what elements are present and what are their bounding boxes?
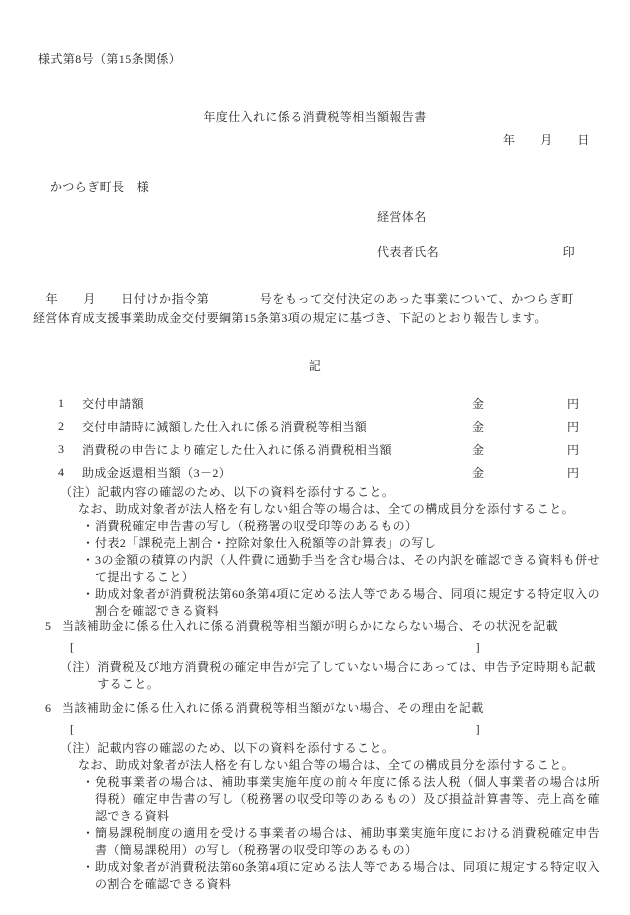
bullet-text: 助成対象者が消費税法第60条第4項に定める法人等である場合は、同項に規定する特定… xyxy=(95,859,600,893)
bullet-icon: ・ xyxy=(82,535,95,552)
amount-prefix: 金 xyxy=(472,395,567,412)
amount-suffix: 円 xyxy=(567,441,579,458)
item-6: 6 当該補助金に係る仕入れに係る消費税等相当額がない場合、その理由を記載 [ ]… xyxy=(0,700,630,893)
note-line: （注） 消費税及び地方消費税の確定申告が完了していない場合にあっては、申告予定時… xyxy=(0,659,630,693)
item-line: 6 当該補助金に係る仕入れに係る消費税等相当額がない場合、その理由を記載 xyxy=(0,700,630,717)
attachment-bullet: ・ 免税事業者の場合は、補助事業実施年度の前々年度に係る法人税（個人事業者の場合… xyxy=(0,774,630,825)
note-block-item6: （注） 記載内容の確認のため、以下の資料を添付すること。 なお、助成対象者が法人… xyxy=(0,740,630,893)
attachment-bullet: ・ 3の金額の積算の内訳（人件費に通勤手当を含む場合は、その内訳を確認できる資料… xyxy=(0,552,630,586)
note-text: 記載内容の確認のため、以下の資料を添付すること。 xyxy=(97,740,600,757)
representative-line: 代表者氏名 印 xyxy=(377,244,575,261)
bullet-text: 消費税確定申告書の写し（税務署の収受印等のあるもの） xyxy=(95,518,600,535)
attachment-bullet: ・ 助成対象者が消費税法第60条第4項に定める法人等である場合、同項に規定する特… xyxy=(0,586,630,620)
bracket-close: ] xyxy=(476,639,480,656)
note-subtext: なお、助成対象者が法人格を有しない組合等の場合は、全ての構成員分を添付すること。 xyxy=(0,757,630,774)
amount-suffix: 円 xyxy=(567,395,579,412)
bullet-text: 助成対象者が消費税法第60条第4項に定める法人等である場合、同項に規定する特定収… xyxy=(95,586,600,620)
item-number: 6 xyxy=(45,700,62,717)
note-block-item4: （注） 記載内容の確認のため、以下の資料を添付すること。 なお、助成対象者が法人… xyxy=(0,484,630,620)
bullet-text: 免税事業者の場合は、補助事業実施年度の前々年度に係る法人税（個人事業者の場合は所… xyxy=(95,774,600,825)
amount-row: 3 消費税の申告により確定した仕入れに係る消費税相当額 金 円 xyxy=(0,438,630,461)
attachment-bullet: ・ 助成対象者が消費税法第60条第4項に定める法人等である場合は、同項に規定する… xyxy=(0,859,630,893)
bullet-icon: ・ xyxy=(82,859,95,893)
note-label: （注） xyxy=(60,659,97,693)
bullet-icon: ・ xyxy=(82,518,95,535)
item-label: 交付申請時に減額した仕入れに係る消費税等相当額 xyxy=(82,418,472,435)
item-label: 交付申請額 xyxy=(82,395,472,412)
bracket-open: [ xyxy=(70,639,74,656)
note-text: 記載内容の確認のため、以下の資料を添付すること。 xyxy=(97,484,600,501)
note-label: （注） xyxy=(60,484,97,501)
amount-suffix: 円 xyxy=(567,418,579,435)
bullet-icon: ・ xyxy=(82,552,95,586)
amount-prefix: 金 xyxy=(472,464,567,481)
bullet-icon: ・ xyxy=(82,774,95,825)
addressee: かつらぎ町長 様 xyxy=(50,179,149,196)
document-page: { "document": { "form_number": "様式第8号（第1… xyxy=(0,0,630,915)
item-number: 5 xyxy=(45,618,62,635)
bullet-text: 3の金額の積算の内訳（人件費に通勤手当を含む場合は、その内訳を確認できる資料も併… xyxy=(95,552,600,586)
bullet-text: 付表2「課税売上割合・控除対象仕入税額等の計算表」の写し xyxy=(95,535,600,552)
note-line: （注） 記載内容の確認のため、以下の資料を添付すること。 xyxy=(0,740,630,757)
lower-section: 5 当該補助金に係る仕入れに係る消費税等相当額が明らかにならない場合、その状況を… xyxy=(0,618,630,893)
entity-name-label: 経営体名 xyxy=(377,209,427,226)
item-label: 消費税の申告により確定した仕入れに係る消費税相当額 xyxy=(82,441,472,458)
note-block-item5: （注） 消費税及び地方消費税の確定申告が完了していない場合にあっては、申告予定時… xyxy=(0,659,630,693)
amount-prefix: 金 xyxy=(472,418,567,435)
intro-paragraph: 年 月 日付けか指令第 号をもって交付決定のあった事業について、かつらぎ町経営体… xyxy=(33,290,574,327)
page-title: 年度仕入れに係る消費税等相当額報告書 xyxy=(0,109,630,126)
item-label: 当該補助金に係る仕入れに係る消費税等相当額が明らかにならない場合、その状況を記載 xyxy=(62,618,605,635)
item-label: 当該補助金に係る仕入れに係る消費税等相当額がない場合、その理由を記載 xyxy=(62,700,605,717)
amount-row: 2 交付申請時に減額した仕入れに係る消費税等相当額 金 円 xyxy=(0,415,630,438)
item-number: 2 xyxy=(58,419,82,434)
amount-row: 4 助成金返還相当額（3－2） 金 円 xyxy=(0,461,630,484)
item-number: 4 xyxy=(58,465,82,480)
bullet-icon: ・ xyxy=(82,825,95,859)
item-5: 5 当該補助金に係る仕入れに係る消費税等相当額が明らかにならない場合、その状況を… xyxy=(0,618,630,693)
item-line: 5 当該補助金に係る仕入れに係る消費税等相当額が明らかにならない場合、その状況を… xyxy=(0,618,630,635)
amount-list: 1 交付申請額 金 円 2 交付申請時に減額した仕入れに係る消費税等相当額 金 … xyxy=(0,392,630,484)
item-label: 助成金返還相当額（3－2） xyxy=(82,464,472,481)
form-number: 様式第8号（第15条関係） xyxy=(38,51,181,68)
representative-label: 代表者氏名 xyxy=(377,244,439,261)
amount-row: 1 交付申請額 金 円 xyxy=(0,392,630,415)
bracket-open: [ xyxy=(70,721,74,738)
record-heading: 記 xyxy=(0,358,630,375)
item-number: 3 xyxy=(58,442,82,457)
note-label: （注） xyxy=(60,740,97,757)
fill-in-field: [ ] xyxy=(70,639,480,656)
attachment-bullet: ・ 付表2「課税売上割合・控除対象仕入税額等の計算表」の写し xyxy=(0,535,630,552)
seal-mark: 印 xyxy=(563,244,575,261)
note-text: 消費税及び地方消費税の確定申告が完了していない場合にあっては、申告予定時期も記載… xyxy=(97,659,596,693)
date-line: 年 月 日 xyxy=(503,132,590,149)
attachment-bullet: ・ 消費税確定申告書の写し（税務署の収受印等のあるもの） xyxy=(0,518,630,535)
note-subtext: なお、助成対象者が法人格を有しない組合等の場合は、全ての構成員分を添付すること。 xyxy=(0,501,630,518)
amount-suffix: 円 xyxy=(567,464,579,481)
amount-prefix: 金 xyxy=(472,441,567,458)
bullet-text: 簡易課税制度の適用を受ける事業者の場合は、補助事業実施年度における消費税確定申告… xyxy=(95,825,600,859)
bracket-close: ] xyxy=(476,721,480,738)
fill-in-field: [ ] xyxy=(70,721,480,738)
item-number: 1 xyxy=(58,396,82,411)
bullet-icon: ・ xyxy=(82,586,95,620)
note-line: （注） 記載内容の確認のため、以下の資料を添付すること。 xyxy=(0,484,630,501)
attachment-bullet: ・ 簡易課税制度の適用を受ける事業者の場合は、補助事業実施年度における消費税確定… xyxy=(0,825,630,859)
